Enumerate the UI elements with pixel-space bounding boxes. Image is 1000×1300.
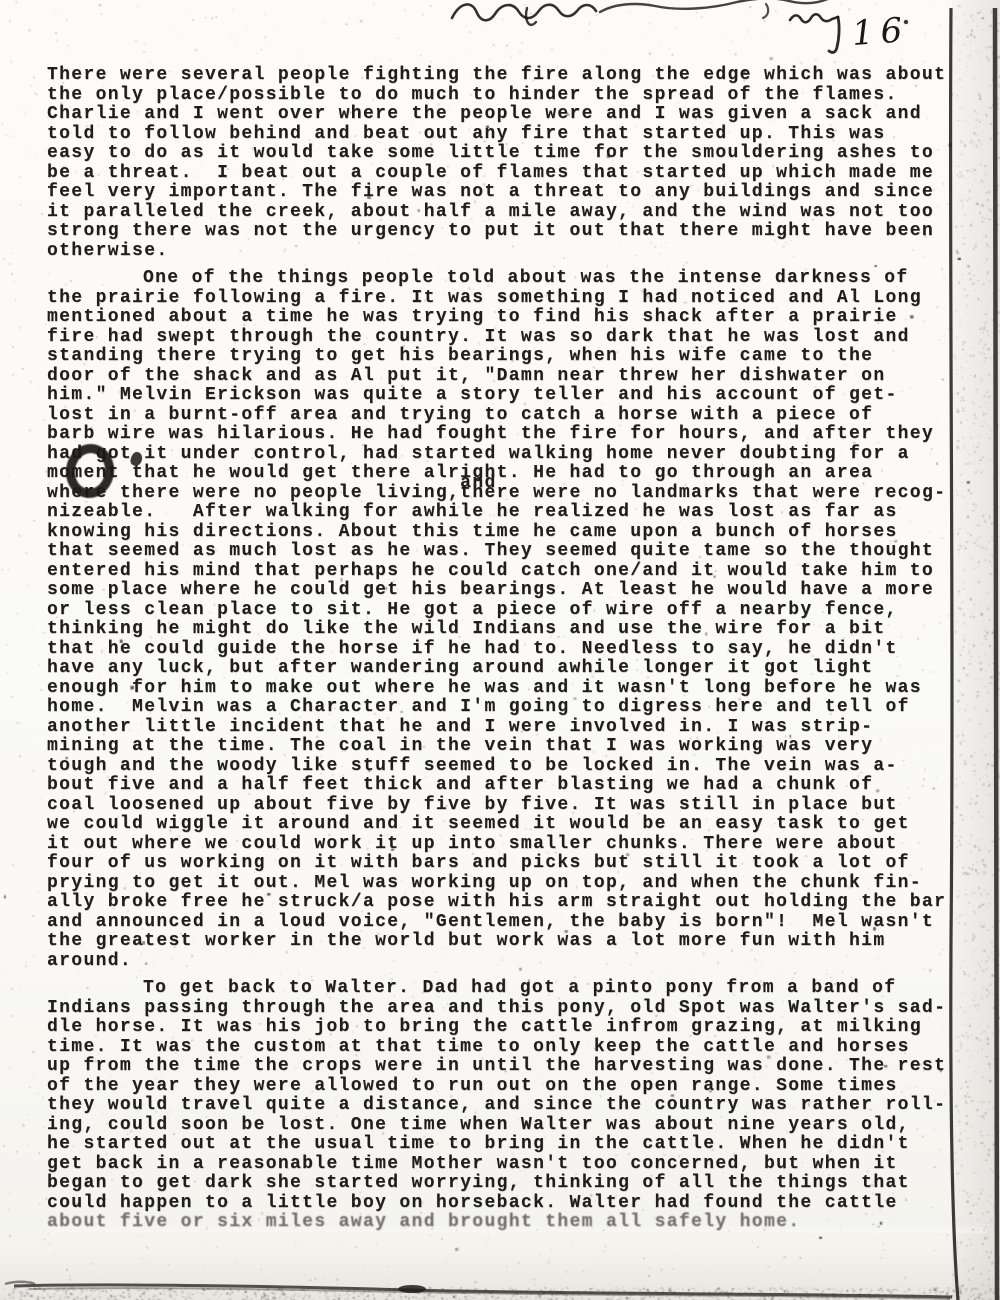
text-line: it paralleled the creek, about half a mi… [47, 203, 987, 223]
text-line: some place where he could get his bearin… [47, 581, 987, 601]
text-line: To get back to Walter. Dad had got a pin… [47, 979, 987, 999]
page-number-handwritten: 16 [851, 10, 911, 54]
text-line: up from the time the crops were in until… [47, 1057, 987, 1077]
typewritten-text: There were several people fighting the f… [47, 66, 987, 1233]
text-line: we could wiggle it around and it seemed … [47, 815, 987, 835]
bottom-edge-line [5, 1282, 952, 1299]
text-line: strong there was not the urgency to put … [47, 222, 987, 242]
text-line: ing, could soon be lost. One time when W… [47, 1116, 987, 1136]
text-line: the greatest worker in the world but wor… [47, 932, 987, 952]
handwriting-scribble [452, 0, 830, 25]
text-line: the prairie following a fire. It was som… [47, 289, 987, 309]
text-line: home. Melvin was a Character and I'm goi… [47, 698, 987, 718]
text-line: the only place/possible to do much to hi… [47, 86, 987, 106]
text-line: standing there trying to get his bearing… [47, 347, 987, 367]
text-line: he started out at the usual time to brin… [47, 1135, 987, 1155]
text-line: thinking he might do like the wild India… [47, 620, 987, 640]
text-line: easy to do as it would take some little … [47, 144, 987, 164]
text-line: Charlie and I went over where the people… [47, 105, 987, 125]
text-line: ally broke free he struck/a pose with hi… [47, 893, 987, 913]
text-line: tough and the woody like stuff seemed to… [47, 757, 987, 777]
text-line: bout five and a half feet thick and afte… [47, 776, 987, 796]
text-line: nizeable. After walking for awhile he re… [47, 503, 987, 523]
text-line: that seemed as much lost as he was. They… [47, 542, 987, 562]
text-line: barb wire was hilarious. He had fought t… [47, 425, 987, 445]
text-line: could happen to a little boy on horsebac… [47, 1194, 987, 1214]
text-line: otherwise. [47, 242, 987, 262]
text-line: around. [47, 952, 987, 972]
text-line: get back in a reasonable time Mother was… [47, 1155, 987, 1175]
text-line: where there were no people living,andthe… [47, 484, 987, 504]
text-line: Indians passing through the area and thi… [47, 999, 987, 1019]
text-line: that he could guide the horse if he had … [47, 640, 987, 660]
text-line: it out where we could work it up into sm… [47, 835, 987, 855]
text-line: or less clean place to sit. He got a pie… [47, 601, 987, 621]
text-line: be a threat. I beat out a couple of flam… [47, 164, 987, 184]
text-line: coal loosened up about five by five by f… [47, 796, 987, 816]
text-line: feel very important. The fire was not a … [47, 183, 987, 203]
text-line: about five or six miles away and brought… [47, 1213, 987, 1233]
paragraph: One of the things people told about was … [47, 269, 987, 971]
text-line: mining at the time. The coal in the vein… [47, 737, 987, 757]
text-line: mentioned about a time he was trying to … [47, 308, 987, 328]
text-line: four of us working on it with bars and p… [47, 854, 987, 874]
text-line: fire had swept through the country. It w… [47, 328, 987, 348]
text-line: There were several people fighting the f… [47, 66, 987, 86]
text-line: another little incident that he and I we… [47, 718, 987, 738]
text-line: of the year they were allowed to run out… [47, 1077, 987, 1097]
text-line: entered his mind that perhaps he could c… [47, 562, 987, 582]
text-line: have any luck, but after wandering aroun… [47, 659, 987, 679]
text-line: dle horse. It was his job to bring the c… [47, 1018, 987, 1038]
scanned-page: There were several people fighting the f… [0, 0, 1000, 1300]
text-line: moment that he would get there alright. … [47, 464, 987, 484]
paragraph: To get back to Walter. Dad had got a pin… [47, 979, 987, 1233]
text-line: told to follow behind and beat out any f… [47, 125, 987, 145]
paragraph: There were several people fighting the f… [47, 66, 987, 261]
text-line: they would travel quite a distance, and … [47, 1096, 987, 1116]
text-line: had got it under control, had started wa… [47, 445, 987, 465]
text-line: and announced in a loud voice, "Gentleme… [47, 913, 987, 933]
text-line: enough for him to make out where he was … [47, 679, 987, 699]
text-line: prying to get it out. Mel was working up… [47, 874, 987, 894]
text-line: time. It was the custom at that time to … [47, 1038, 987, 1058]
text-line: One of the things people told about was … [47, 269, 987, 289]
text-line: began to get dark she started worrying, … [47, 1174, 987, 1194]
text-line: him." Melvin Erickson was quite a story … [47, 386, 987, 406]
text-line: lost in a burnt-off area and trying to c… [47, 406, 987, 426]
text-line: knowing his directions. About this time … [47, 523, 987, 543]
text-line: door of the shack and as Al put it, "Dam… [47, 367, 987, 387]
